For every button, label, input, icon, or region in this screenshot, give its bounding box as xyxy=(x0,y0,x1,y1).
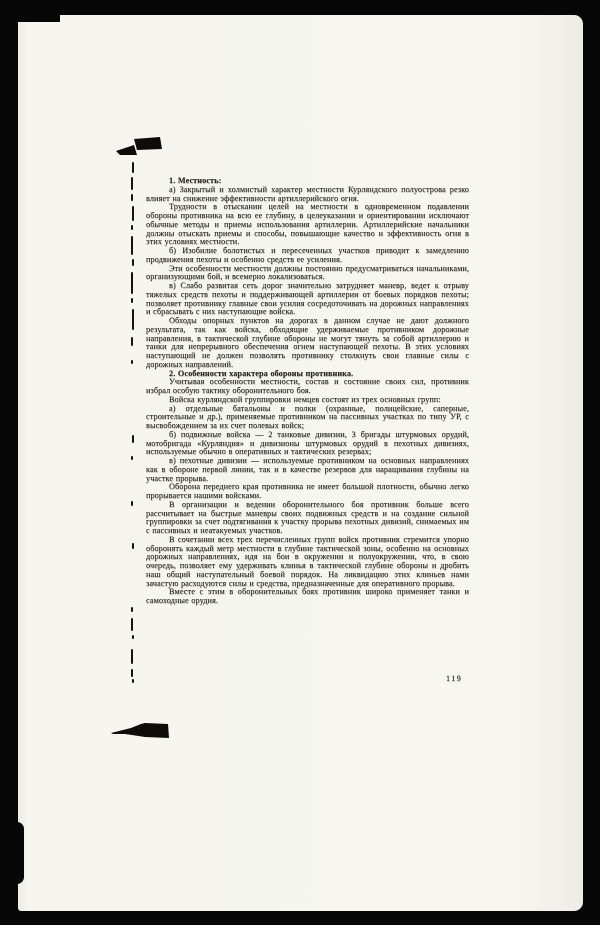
paragraph: Вместе с этим в оборонительных боях прот… xyxy=(146,588,469,606)
paragraph: В сочетании всех трех перечисленных груп… xyxy=(146,536,469,589)
ink-dash xyxy=(131,272,133,294)
ink-dash xyxy=(131,618,133,631)
ink-dash xyxy=(132,435,134,443)
ink-dash xyxy=(131,177,133,190)
ink-dash xyxy=(132,635,134,639)
page-paper: 1. Местность:а) Закрытый и холмистый хар… xyxy=(18,15,583,911)
paragraph: а) отдельные батальоны и полки (охранные… xyxy=(146,405,469,431)
paragraph: В организации и ведении оборонительного … xyxy=(146,501,469,536)
ink-dash xyxy=(132,543,134,549)
ink-dash xyxy=(131,225,133,230)
ink-dash xyxy=(131,456,133,460)
ink-dash xyxy=(132,679,134,683)
ink-blob-bottom xyxy=(111,721,169,741)
paragraph: Трудности в отыскании целей на местности… xyxy=(146,203,469,247)
paragraph: Оборона переднего края противника не име… xyxy=(146,483,469,501)
paragraph: б) Изобилие болотистых и пересеченных уч… xyxy=(146,247,469,265)
page-number: 119 xyxy=(446,674,462,683)
ink-dash xyxy=(132,162,134,173)
scan-edge-notch xyxy=(0,0,60,22)
ink-dash xyxy=(131,236,133,255)
ink-dash xyxy=(132,206,134,221)
text-block: 1. Местность:а) Закрытый и холмистый хар… xyxy=(146,177,469,606)
scan-edge-bump xyxy=(10,822,24,884)
ink-dash xyxy=(131,501,133,506)
ink-dash xyxy=(131,360,133,364)
ink-dash xyxy=(131,607,133,612)
ink-dash xyxy=(131,194,133,201)
paragraph: Учитывая особенности местности, состав и… xyxy=(146,378,469,396)
ink-dash xyxy=(131,649,133,664)
ink-dash xyxy=(132,259,134,266)
ink-dash xyxy=(132,309,134,330)
paragraph: а) Закрытый и холмистый характер местнос… xyxy=(146,186,469,204)
ink-blob-top xyxy=(116,134,163,160)
paragraph: Обходы опорных пунктов на дорогах в данн… xyxy=(146,317,469,370)
paragraph: в) Слабо развитая сеть дорог значительно… xyxy=(146,282,469,317)
ink-dash xyxy=(131,298,133,303)
paragraph: б) подвижные войска — 2 танковые дивизии… xyxy=(146,431,469,457)
ink-dash xyxy=(131,669,133,677)
paragraph: в) пехотные дивизии — используемые проти… xyxy=(146,457,469,483)
paragraph: Эти особенности местности должны постоян… xyxy=(146,265,469,283)
scanned-document: { "colors": { "scanner_background": "#07… xyxy=(0,0,600,925)
ink-dash xyxy=(131,337,133,346)
